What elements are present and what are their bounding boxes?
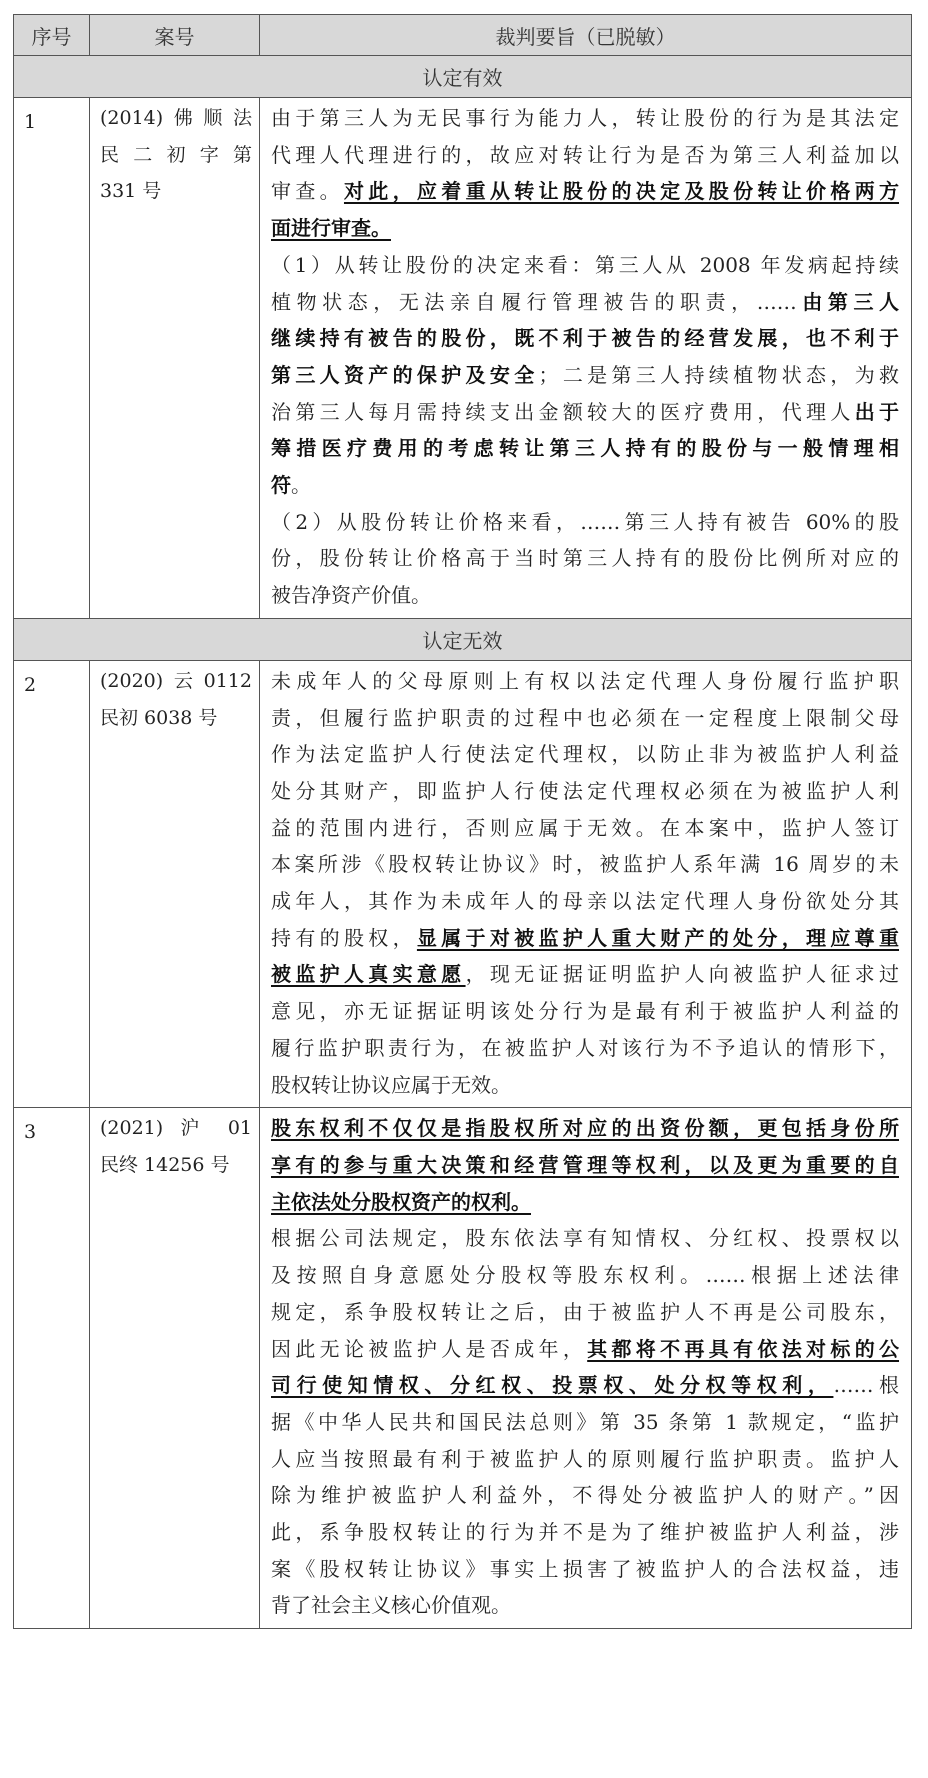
case-number-cell: (2014)佛顺法民 二 初 字 第331 号 — [90, 98, 260, 619]
gist-line: 审查。对此，应着重从转让股份的决定及股份转让价格两方 — [271, 173, 899, 210]
section-label: 认定无效 — [14, 618, 912, 660]
gist-text: （1）从转让股份的决定来看：第三人从 2008 年发病起持续 — [271, 253, 899, 277]
gist-text: 被告净资产价值。 — [271, 583, 431, 607]
case-number-line: 民终 14256 号 — [100, 1147, 252, 1184]
emphasized-text: 显属于对被监护人重大财产的处分，理应尊重 — [417, 926, 899, 950]
gist-line: 除为维护被监护人利益外，不得处分被监护人的财产。”因 — [271, 1477, 899, 1514]
judgment-gist-cell: 股东权利不仅仅是指股权所对应的出资份额，更包括身份所享有的参与重大决策和经营管理… — [260, 1108, 912, 1629]
table-row: 3(2021) 沪 01民终 14256 号股东权利不仅仅是指股权所对应的出资份… — [14, 1108, 912, 1629]
emphasized-text: 司行使知情权、分红权、投票权、处分权等权利， — [271, 1373, 833, 1397]
gist-line: 享有的参与重大决策和经营管理等权利，以及更为重要的自 — [271, 1147, 899, 1184]
emphasized-text: 主依法处分股权资产的权利。 — [271, 1190, 531, 1214]
gist-line: 未成年人的父母原则上有权以法定代理人身份履行监护职 — [271, 663, 899, 700]
gist-text: 案《股权转让协议》事实上损害了被监护人的合法权益，违 — [271, 1557, 899, 1581]
gist-text: 及按照自身意愿处分股权等股东权利。……根据上述法律 — [271, 1263, 899, 1287]
emphasized-text: 符 — [271, 473, 291, 497]
gist-line: 成年人，其作为未成年人的母亲以法定代理人身份欲处分其 — [271, 883, 899, 920]
gist-text: 作为法定监护人行使法定代理权，以防止非为被监护人利益 — [271, 742, 899, 766]
gist-text: （2）从股份转让价格来看，……第三人持有被告 60%的股 — [271, 510, 899, 534]
gist-line: 份，股份转让价格高于当时第三人持有的股份比例所对应的 — [271, 540, 899, 577]
gist-line: 责，但履行监护职责的过程中也必须在一定程度上限制父母 — [271, 700, 899, 737]
header-case-number: 案号 — [90, 15, 260, 56]
gist-text: 人应当按照最有利于被监护人的原则履行监护职责。监护人 — [271, 1447, 899, 1471]
gist-line: 股东权利不仅仅是指股权所对应的出资份额，更包括身份所 — [271, 1110, 899, 1147]
gist-text: 因此无论被监护人是否成年， — [271, 1337, 587, 1361]
gist-text: 持有的股权， — [271, 926, 417, 950]
section-row: 认定无效 — [14, 618, 912, 660]
gist-line: 作为法定监护人行使法定代理权，以防止非为被监护人利益 — [271, 736, 899, 773]
gist-line: 根据公司法规定，股东依法享有知情权、分红权、投票权以 — [271, 1220, 899, 1257]
emphasized-text: 其都将不再具有依法对标的公 — [587, 1337, 899, 1361]
gist-text: 除为维护被监护人利益外，不得处分被监护人的财产。”因 — [271, 1483, 899, 1507]
case-number-line: (2014)佛顺法 — [100, 100, 252, 137]
judgment-summary-table: 序号 案号 裁判要旨（已脱敏） 认定有效1(2014)佛顺法民 二 初 字 第3… — [13, 14, 912, 1629]
gist-line: 及按照自身意愿处分股权等股东权利。……根据上述法律 — [271, 1257, 899, 1294]
case-number-line: 331 号 — [100, 173, 252, 210]
serial-number-cell: 2 — [14, 660, 90, 1107]
emphasized-text: 继续持有被告的股份，既不利于被告的经营发展，也不利于 — [271, 326, 899, 350]
case-number-line: 民 二 初 字 第 — [100, 137, 252, 174]
gist-text: 处分其财产，即监护人行使法定代理权必须在为被监护人利 — [271, 779, 899, 803]
table-row: 2(2020)云0112民初 6038 号未成年人的父母原则上有权以法定代理人身… — [14, 660, 912, 1107]
serial-number-cell: 1 — [14, 98, 90, 619]
gist-text: 审查。 — [271, 179, 344, 203]
gist-line: 此，系争股权转让的行为并不是为了维护被监护人利益，涉 — [271, 1514, 899, 1551]
serial-number-cell: 3 — [14, 1108, 90, 1629]
gist-line: 筹措医疗费用的考虑转让第三人持有的股份与一般情理相 — [271, 430, 899, 467]
table-row: 1(2014)佛顺法民 二 初 字 第331 号由于第三人为无民事行为能力人，转… — [14, 98, 912, 619]
table-header-row: 序号 案号 裁判要旨（已脱敏） — [14, 15, 912, 56]
gist-text: ……根 — [833, 1373, 899, 1397]
judgment-gist-cell: 未成年人的父母原则上有权以法定代理人身份履行监护职责，但履行监护职责的过程中也必… — [260, 660, 912, 1107]
gist-line: 规定，系争股权转让之后，由于被监护人不再是公司股东， — [271, 1294, 899, 1331]
gist-text: 履行监护职责行为，在被监护人对该行为不予追认的情形下， — [271, 1036, 899, 1060]
emphasized-text: 被监护人真实意愿 — [271, 962, 466, 986]
gist-text: ；二是第三人持续植物状态，为救 — [539, 363, 899, 387]
case-number-line: 民初 6038 号 — [100, 700, 252, 737]
gist-line: 面进行审查。 — [271, 210, 899, 247]
header-judgment-gist: 裁判要旨（已脱敏） — [260, 15, 912, 56]
gist-text: 份，股份转让价格高于当时第三人持有的股份比例所对应的 — [271, 546, 899, 570]
gist-text: 。 — [291, 473, 311, 497]
emphasized-text: 出于 — [855, 400, 899, 424]
gist-line: 治第三人每月需持续支出金额较大的医疗费用，代理人出于 — [271, 394, 899, 431]
gist-text: 代理人代理进行的，故应对转让行为是否为第三人利益加以 — [271, 143, 899, 167]
gist-text: 成年人，其作为未成年人的母亲以法定代理人身份欲处分其 — [271, 889, 899, 913]
gist-line: 司行使知情权、分红权、投票权、处分权等权利，……根 — [271, 1367, 899, 1404]
gist-text: 意见，亦无证据证明该处分行为是最有利于被监护人利益的 — [271, 999, 899, 1023]
gist-text: 由于第三人为无民事行为能力人，转让股份的行为是其法定 — [271, 106, 899, 130]
gist-text: 据《中华人民共和国民法总则》第 35 条第 1 款规定，“监护 — [271, 1410, 899, 1434]
judgment-gist-cell: 由于第三人为无民事行为能力人，转让股份的行为是其法定代理人代理进行的，故应对转让… — [260, 98, 912, 619]
case-number-line: (2021) 沪 01 — [100, 1110, 252, 1147]
gist-text: 此，系争股权转让的行为并不是为了维护被监护人利益，涉 — [271, 1520, 899, 1544]
gist-line: 植物状态，无法亲自履行管理被告的职责，……由第三人 — [271, 284, 899, 321]
gist-line: 持有的股权，显属于对被监护人重大财产的处分，理应尊重 — [271, 920, 899, 957]
section-label: 认定有效 — [14, 56, 912, 98]
gist-text: 责，但履行监护职责的过程中也必须在一定程度上限制父母 — [271, 706, 899, 730]
gist-line: 被告净资产价值。 — [271, 577, 899, 614]
gist-line: 因此无论被监护人是否成年，其都将不再具有依法对标的公 — [271, 1331, 899, 1368]
gist-line: 据《中华人民共和国民法总则》第 35 条第 1 款规定，“监护 — [271, 1404, 899, 1441]
case-number-cell: (2020)云0112民初 6038 号 — [90, 660, 260, 1107]
gist-line: 第三人资产的保护及安全；二是第三人持续植物状态，为救 — [271, 357, 899, 394]
gist-line: 本案所涉《股权转让协议》时，被监护人系年满 16 周岁的未 — [271, 846, 899, 883]
gist-line: 被监护人真实意愿，现无证据证明监护人向被监护人征求过 — [271, 956, 899, 993]
section-row: 认定有效 — [14, 56, 912, 98]
emphasized-text: 面进行审查。 — [271, 216, 391, 240]
gist-text: 规定，系争股权转让之后，由于被监护人不再是公司股东， — [271, 1300, 899, 1324]
emphasized-text: 由第三人 — [797, 290, 899, 314]
gist-text: 治第三人每月需持续支出金额较大的医疗费用，代理人 — [271, 400, 855, 424]
gist-text: 本案所涉《股权转让协议》时，被监护人系年满 16 周岁的未 — [271, 852, 899, 876]
gist-line: 股权转让协议应属于无效。 — [271, 1067, 899, 1104]
emphasized-text: 对此，应着重从转让股份的决定及股份转让价格两方 — [344, 179, 899, 203]
gist-line: （1）从转让股份的决定来看：第三人从 2008 年发病起持续 — [271, 247, 899, 284]
gist-text: ，现无证据证明监护人向被监护人征求过 — [466, 962, 899, 986]
emphasized-text: 筹措医疗费用的考虑转让第三人持有的股份与一般情理相 — [271, 436, 899, 460]
gist-line: 由于第三人为无民事行为能力人，转让股份的行为是其法定 — [271, 100, 899, 137]
table-body: 认定有效1(2014)佛顺法民 二 初 字 第331 号由于第三人为无民事行为能… — [14, 56, 912, 1629]
gist-line: 继续持有被告的股份，既不利于被告的经营发展，也不利于 — [271, 320, 899, 357]
gist-text: 根据公司法规定，股东依法享有知情权、分红权、投票权以 — [271, 1226, 899, 1250]
gist-line: 代理人代理进行的，故应对转让行为是否为第三人利益加以 — [271, 137, 899, 174]
gist-text: 股权转让协议应属于无效。 — [271, 1073, 511, 1097]
gist-line: （2）从股份转让价格来看，……第三人持有被告 60%的股 — [271, 504, 899, 541]
gist-line: 人应当按照最有利于被监护人的原则履行监护职责。监护人 — [271, 1441, 899, 1478]
emphasized-text: 第三人资产的保护及安全 — [271, 363, 539, 387]
gist-line: 背了社会主义核心价值观。 — [271, 1587, 899, 1624]
gist-text: 植物状态，无法亲自履行管理被告的职责，…… — [271, 290, 797, 314]
emphasized-text: 股东权利不仅仅是指股权所对应的出资份额，更包括身份所 — [271, 1116, 899, 1140]
gist-text: 背了社会主义核心价值观。 — [271, 1593, 511, 1617]
gist-line: 意见，亦无证据证明该处分行为是最有利于被监护人利益的 — [271, 993, 899, 1030]
emphasized-text: 享有的参与重大决策和经营管理等权利，以及更为重要的自 — [271, 1153, 899, 1177]
gist-line: 主依法处分股权资产的权利。 — [271, 1184, 899, 1221]
gist-line: 符。 — [271, 467, 899, 504]
gist-text: 未成年人的父母原则上有权以法定代理人身份履行监护职 — [271, 669, 899, 693]
gist-line: 案《股权转让协议》事实上损害了被监护人的合法权益，违 — [271, 1551, 899, 1588]
header-serial-number: 序号 — [14, 15, 90, 56]
case-number-cell: (2021) 沪 01民终 14256 号 — [90, 1108, 260, 1629]
gist-line: 履行监护职责行为，在被监护人对该行为不予追认的情形下， — [271, 1030, 899, 1067]
case-number-line: (2020)云0112 — [100, 663, 252, 700]
gist-text: 益的范围内进行，否则应属于无效。在本案中，监护人签订 — [271, 816, 899, 840]
gist-line: 益的范围内进行，否则应属于无效。在本案中，监护人签订 — [271, 810, 899, 847]
gist-line: 处分其财产，即监护人行使法定代理权必须在为被监护人利 — [271, 773, 899, 810]
